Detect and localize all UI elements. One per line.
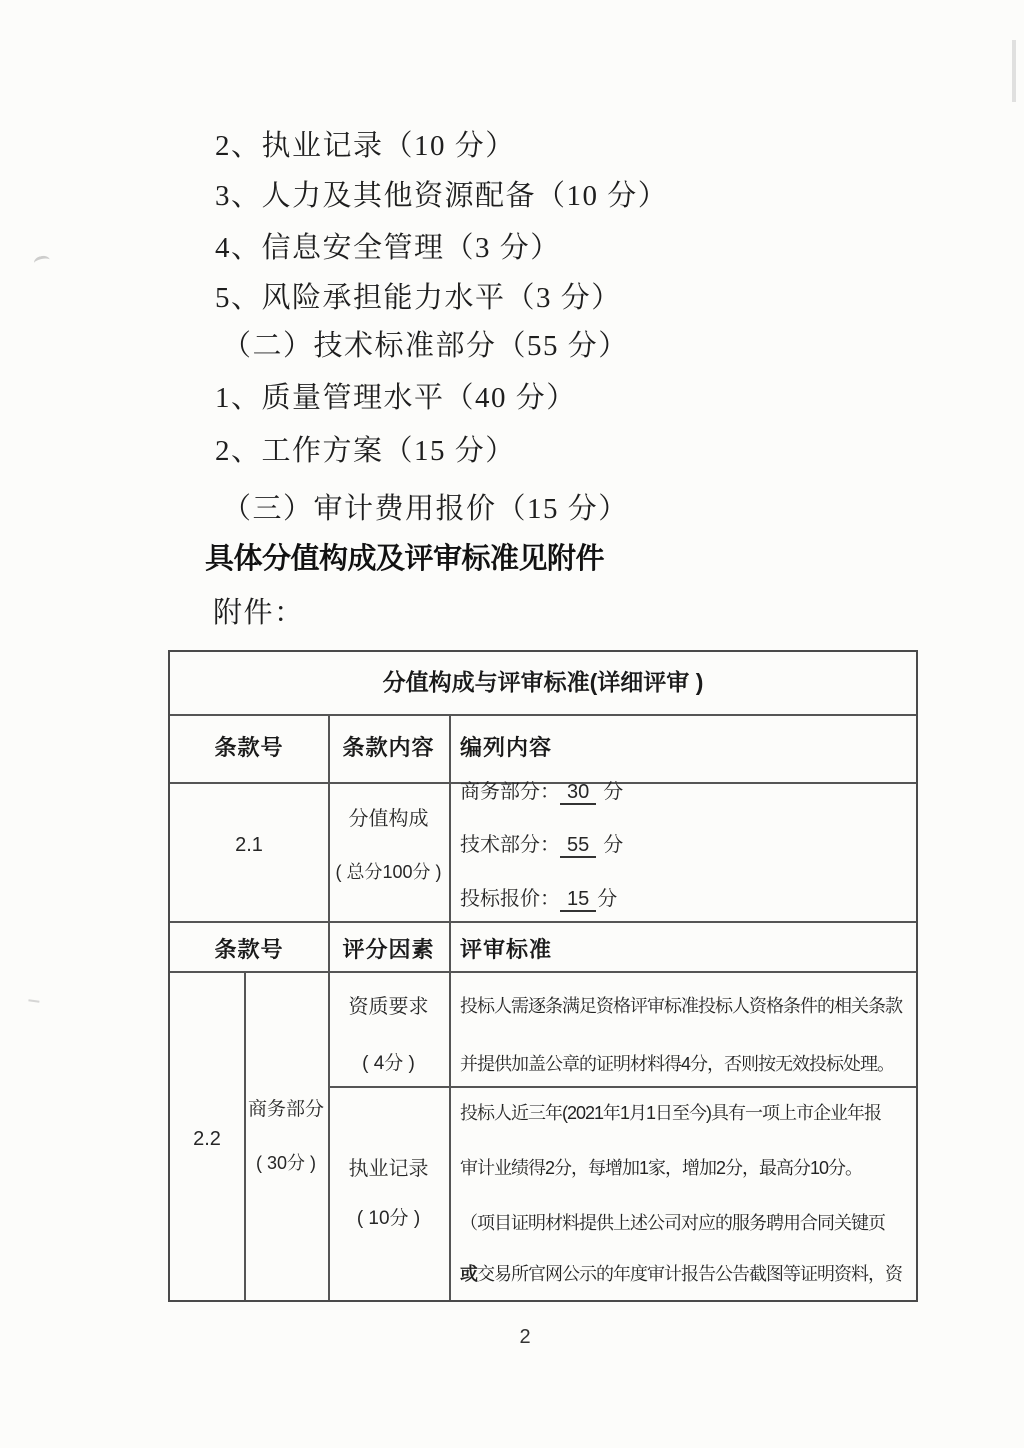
- score-line-commercial: 商务部分：30分: [460, 781, 623, 803]
- criteria-line: 并提供加盖公章的证明材料得4分，否则按无效投标处理。: [460, 1055, 894, 1075]
- table-border: [244, 971, 246, 1300]
- scan-speck: [27, 999, 39, 1008]
- score-value: 15: [560, 888, 596, 912]
- score-composition-label: 分值构成: [328, 808, 449, 830]
- header-clause-content: 条款内容: [328, 736, 449, 760]
- score-value: 30: [560, 781, 596, 805]
- header-scoring-factor: 评分因素: [328, 938, 449, 962]
- score-label: 技术部分：: [460, 834, 560, 856]
- page-number: 2: [470, 1326, 580, 1349]
- criteria-line: 或交易所官网公示的年度审计报告公告截图等证明资料，资: [460, 1265, 902, 1285]
- intro-line: 3、人力及其他资源配备（10 分）: [215, 173, 668, 214]
- clause-number: 2.2: [170, 1128, 244, 1150]
- criteria-line: 投标人近三年(2021年1月1日至今)具有一项上市企业年报: [460, 1104, 881, 1124]
- factor-practice-record-label: 执业记录: [328, 1158, 449, 1180]
- clause-number: 2.1: [170, 834, 328, 856]
- score-label: 投标报价：: [460, 888, 560, 910]
- attachment-label: 附件：: [213, 590, 305, 631]
- intro-line: 4、信息安全管理（3 分）: [215, 225, 561, 266]
- table-border: [328, 1086, 916, 1088]
- score-suffix: 分: [603, 781, 623, 803]
- score-value: 55: [560, 834, 596, 858]
- criteria-line: （项目证明材料提供上述公司对应的服务聘用合同关键页: [460, 1214, 885, 1234]
- factor-practice-record-score: ( 10分 ): [328, 1209, 449, 1230]
- group-commercial-label: 商务部分: [244, 1100, 328, 1121]
- table-border: [170, 971, 916, 973]
- evaluation-table: 分值构成与评审标准(详细评审 ) 条款号 条款内容 编列内容 2.1 分值构成 …: [168, 650, 918, 1302]
- score-suffix: 分: [603, 834, 623, 856]
- intro-line: （二）技术标准部分（55 分）: [222, 323, 629, 364]
- header-clause-no: 条款号: [170, 736, 328, 760]
- scanned-document-page: 2、执业记录（10 分） 3、人力及其他资源配备（10 分） 4、信息安全管理（…: [0, 0, 1024, 1448]
- table-border: [449, 714, 451, 1300]
- header-clause-no: 条款号: [170, 938, 328, 962]
- intro-line: （三）审计费用报价（15 分）: [222, 486, 629, 527]
- attachment-note-heading: 具体分值构成及评审标准见附件: [205, 536, 604, 577]
- intro-line: 5、风险承担能力水平（3 分）: [215, 275, 622, 316]
- factor-qualification-label: 资质要求: [328, 996, 449, 1018]
- score-line-technical: 技术部分：55分: [460, 834, 623, 856]
- factor-qualification-score: ( 4分 ): [328, 1054, 449, 1075]
- table-title: 分值构成与评审标准(详细评审 ): [170, 670, 916, 695]
- table-border: [170, 714, 916, 716]
- intro-line: 1、质量管理水平（40 分）: [215, 375, 577, 416]
- header-review-standard: 评审标准: [460, 938, 552, 962]
- score-line-bid-price: 投标报价：15分: [460, 888, 617, 910]
- header-listed-content: 编列内容: [460, 736, 552, 760]
- intro-line: 2、执业记录（10 分）: [215, 123, 516, 164]
- criteria-line: 投标人需逐条满足资格评审标准投标人资格条件的相关条款: [460, 997, 902, 1017]
- score-suffix: 分: [597, 888, 617, 910]
- score-label: 商务部分：: [460, 781, 560, 803]
- scan-speck: [33, 254, 51, 268]
- scan-edge-mark: [1012, 40, 1016, 102]
- criteria-line: 审计业绩得2分，每增加1家，增加2分，最高分10分。: [460, 1159, 862, 1179]
- intro-line: 2、工作方案（15 分）: [215, 428, 516, 469]
- table-border: [170, 921, 916, 923]
- total-score-label: ( 总分100分 ): [328, 863, 449, 883]
- group-commercial-score: ( 30分 ): [244, 1154, 328, 1174]
